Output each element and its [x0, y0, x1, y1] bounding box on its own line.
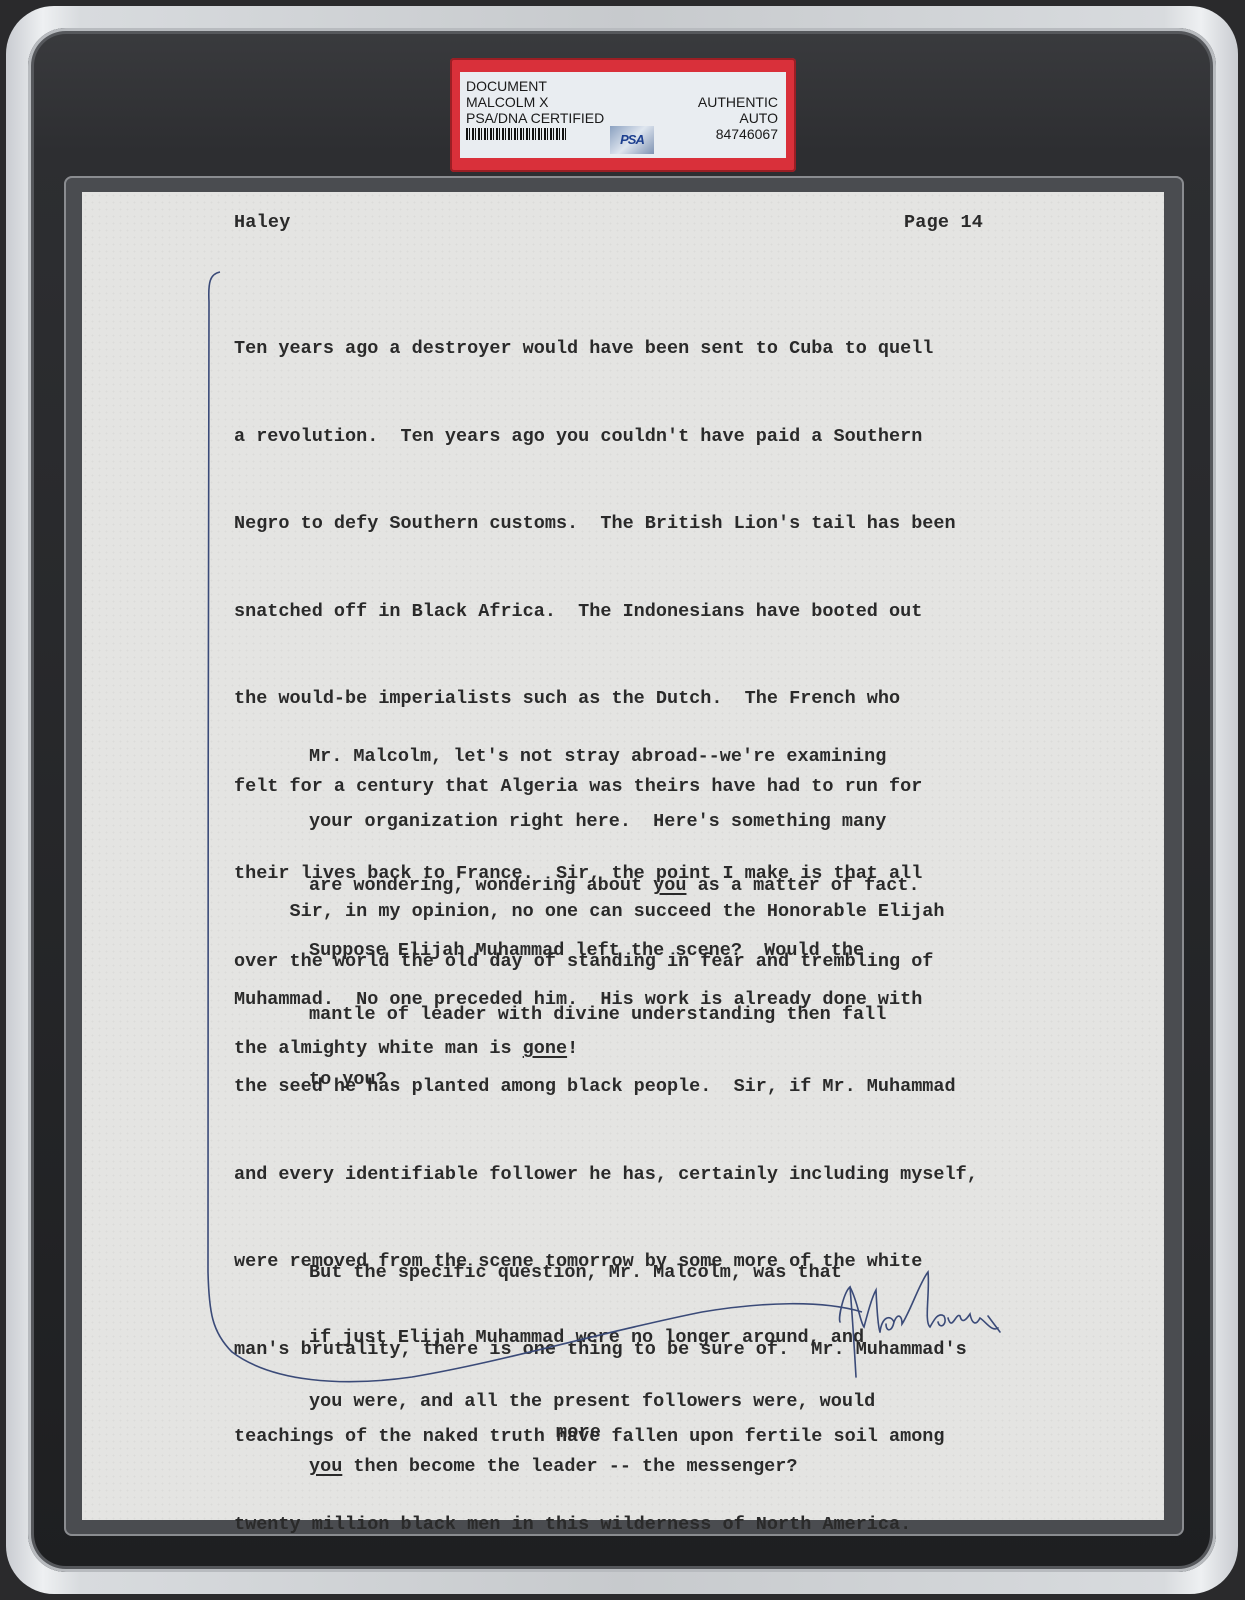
- label-authentic: AUTHENTIC: [698, 94, 778, 110]
- ink-annotations: [82, 192, 1164, 1520]
- barcode-icon: [466, 128, 568, 140]
- margin-bracket-ink: [207, 272, 862, 1382]
- label-left-text: DOCUMENT MALCOLM X PSA/DNA CERTIFIED: [466, 78, 604, 126]
- label-right-text: AUTHENTIC AUTO 84746067: [698, 94, 778, 142]
- certification-label: DOCUMENT MALCOLM X PSA/DNA CERTIFIED AUT…: [450, 58, 796, 172]
- typed-document: Haley Page 14 Ten years ago a destroyer …: [82, 192, 1164, 1520]
- label-certifier: PSA/DNA CERTIFIED: [466, 110, 604, 126]
- label-subject: MALCOLM X: [466, 94, 604, 110]
- psa-hologram-logo: PSA: [610, 126, 654, 154]
- label-cert-number: 84746067: [698, 126, 778, 142]
- label-auto: AUTO: [698, 110, 778, 126]
- certification-label-body: DOCUMENT MALCOLM X PSA/DNA CERTIFIED AUT…: [460, 72, 786, 158]
- signature-ink: [840, 1272, 1000, 1377]
- label-item-type: DOCUMENT: [466, 78, 604, 94]
- text-line: twenty million black men in this wildern…: [234, 1514, 978, 1560]
